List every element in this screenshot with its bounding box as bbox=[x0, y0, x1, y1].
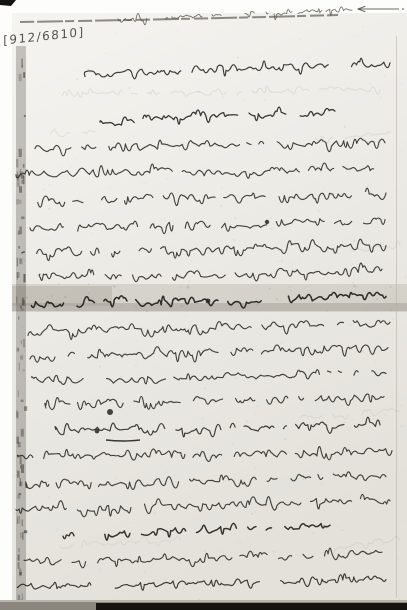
handwritten-line-annotation bbox=[298, 9, 322, 14]
left-edge-band bbox=[16, 46, 27, 604]
handwriting-svg bbox=[0, 0, 407, 610]
bottom-scan-band bbox=[0, 600, 407, 610]
fold-crease bbox=[12, 284, 407, 313]
left-arrow-mark bbox=[358, 6, 404, 11]
letter-scan-page: [912/6810] bbox=[0, 0, 407, 610]
